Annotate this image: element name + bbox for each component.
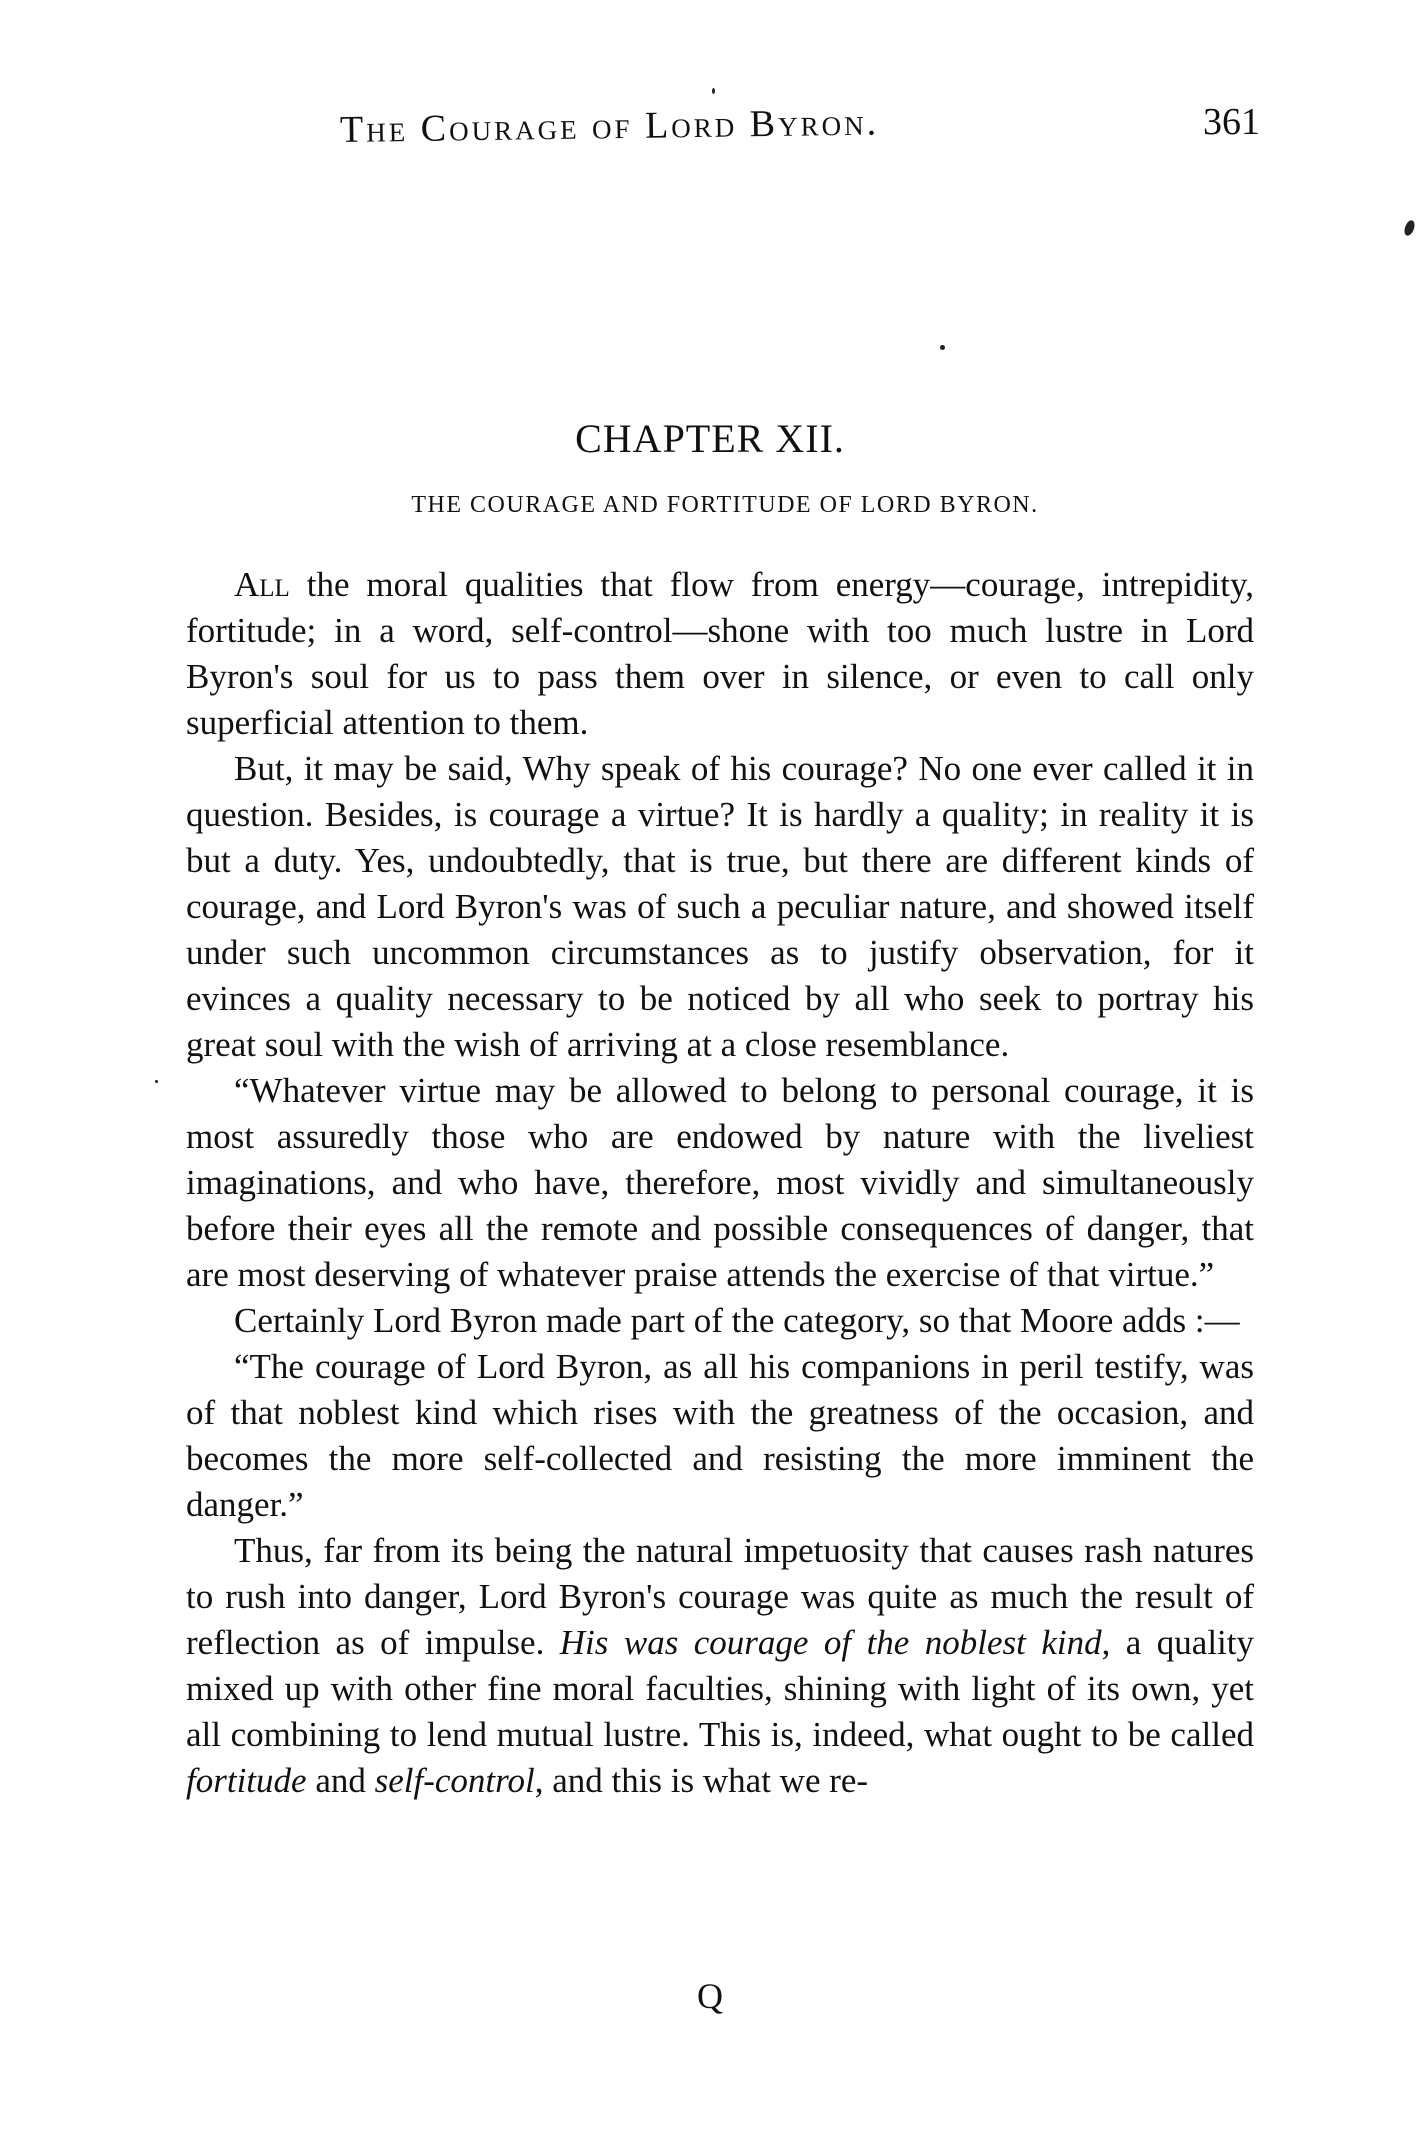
ink-speck [940,345,945,350]
paragraph-5-quote: “The courage of Lord Byron, as all his c… [186,1344,1254,1528]
running-head: The Courage of Lord Byron. 361 [340,100,1260,160]
paragraph-6-text-d: , and this is what we re- [535,1761,868,1800]
paragraph-6-text-c: and [307,1761,375,1800]
italic-word-fortitude: fortitude [186,1761,307,1800]
paragraph-6: Thus, far from its being the natural imp… [186,1528,1254,1804]
italic-phrase-noblest-kind: His was courage of the noblest kind [560,1623,1102,1662]
opening-word: All [234,565,290,604]
ink-speck [1403,219,1417,237]
paragraph-3-quote: “Whatever virtue may be allowed to belon… [186,1068,1254,1298]
ink-speck [155,1080,158,1083]
chapter-subtitle: THE COURAGE AND FORTITUDE OF LORD BYRON. [0,492,1420,519]
paragraph-1-text: the moral qualities that flow from energ… [186,565,1254,742]
running-title: The Courage of Lord Byron. [340,100,880,152]
paragraph-1: All the moral qualities that flow from e… [186,562,1254,746]
page-number: 361 [1203,100,1260,144]
italic-word-self-control: self-control [375,1761,535,1800]
chapter-title: CHAPTER XII. [0,415,1420,462]
paragraph-2: But, it may be said, Why speak of his co… [186,746,1254,1068]
body-text: All the moral qualities that flow from e… [186,562,1254,1804]
ink-speck [712,88,715,94]
signature-mark: Q [0,1975,1420,2017]
paragraph-4: Certainly Lord Byron made part of the ca… [186,1298,1254,1344]
